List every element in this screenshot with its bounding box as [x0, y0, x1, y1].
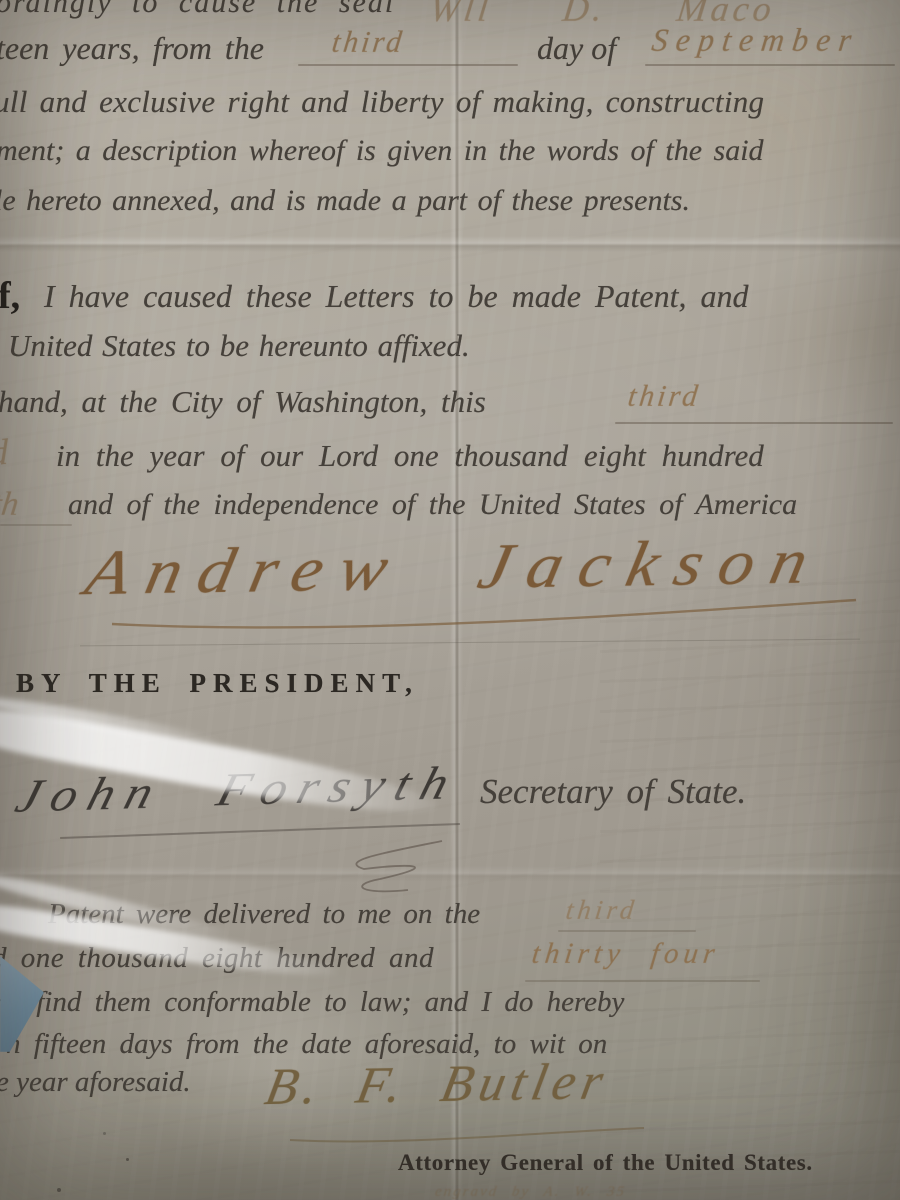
engraved-line-letters-patent: I have caused these Letters to be made P… — [44, 278, 749, 315]
engraved-day-of: day of — [537, 30, 616, 67]
fill-in-blank-line — [558, 930, 696, 932]
patent-document-photo: ordingly to cause the seal Wll D. Maco t… — [0, 0, 900, 1200]
engraved-line-year-aforesaid: e year aforesaid. — [0, 1066, 191, 1099]
ink-flourish-squiggle — [320, 835, 470, 907]
handwritten-this-third: third — [626, 380, 702, 414]
engraved-line-exclusive-right: ull and exclusive right and liberty of m… — [0, 84, 764, 120]
horizontal-fold-crease — [0, 236, 900, 252]
fill-in-blank-line — [645, 64, 895, 66]
engraved-line-year-of-lord: in the year of our Lord one thousand eig… — [56, 438, 764, 474]
handwritten-thirty-four: thirty four — [530, 938, 721, 971]
engraved-secretary-of-state: Secretary of State. — [480, 772, 746, 812]
handwritten-fragment-left: d — [0, 431, 8, 475]
glare-streak-small — [0, 690, 219, 749]
handwritten-day-third: third — [330, 26, 406, 60]
fill-in-blank-line — [298, 64, 518, 66]
engraved-line-independence: and of the independence of the United St… — [68, 488, 797, 522]
engraved-line-conformable: nd find them conformable to law; and I d… — [0, 986, 624, 1019]
engraved-line-patent-delivered: Patent were delivered to me on the — [48, 898, 480, 931]
blackletter-fragment-whereof: f, — [0, 274, 20, 318]
ink-bleed-through-texture — [600, 560, 900, 1200]
paper-speck — [103, 1132, 106, 1135]
fill-in-blank-line — [0, 524, 72, 526]
printed-by-the-president: BY THE PRESIDENT, — [16, 668, 419, 699]
engraved-line-years-from: teen years, from the — [0, 30, 264, 67]
faint-bottom-scrawl: engravd by A. W. 35 — [434, 1184, 627, 1200]
fill-in-blank-line — [615, 422, 893, 424]
engraved-line-annexed: le hereto annexed, and is made a part of… — [0, 184, 690, 218]
engraved-line-city-washington: hand, at the City of Washington, this — [0, 384, 486, 420]
handwritten-fragment-left2: th — [0, 486, 21, 524]
engraved-line-eighteen-hundred: d one thousand eight hundred and — [0, 942, 434, 975]
butler-underline-flourish — [282, 1118, 652, 1148]
paper-speck — [57, 1188, 61, 1192]
signature-underline-flourish — [90, 560, 880, 640]
handwritten-month-september: September — [650, 22, 862, 59]
paper-speck — [126, 1158, 129, 1161]
engraved-line-top-partial: ordingly to cause the seal — [0, 0, 395, 20]
engraved-line-description: ment; a description whereof is given in … — [0, 134, 764, 168]
printed-attorney-general-title: Attorney General of the United States. — [398, 1150, 813, 1176]
fill-in-blank-line — [525, 980, 760, 982]
engraved-line-seal-affixed: United States to be hereunto affixed. — [8, 328, 470, 364]
signature-bf-butler: B. F. Butler — [260, 1052, 614, 1117]
handwritten-delivered-third: third — [564, 895, 639, 926]
signature-john-forsyth: John Forsyth — [10, 756, 467, 824]
